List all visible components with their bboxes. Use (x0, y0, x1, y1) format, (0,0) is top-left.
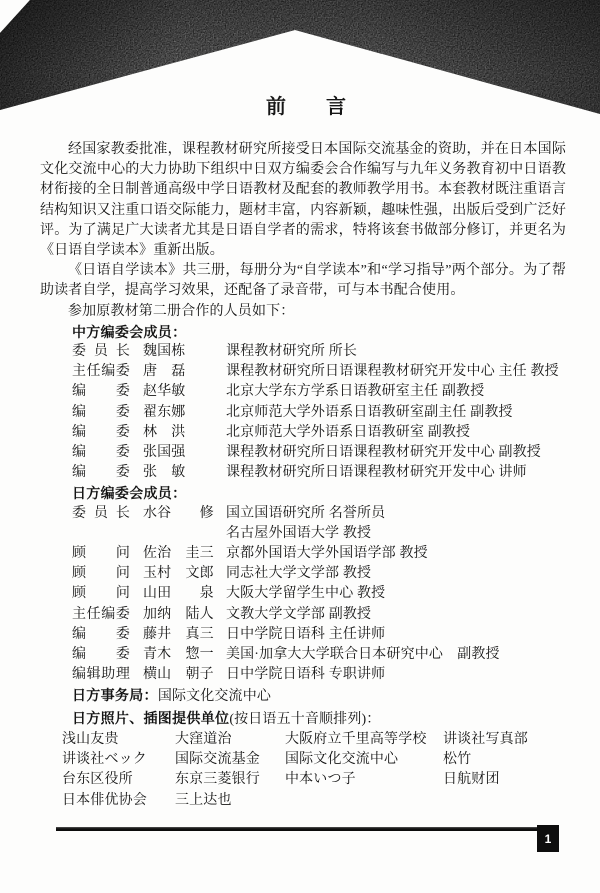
member-name: 玉村 文郎 (143, 564, 219, 584)
member-row: 顾问 山田 泉 大阪大学留学生中心 教授 (40, 584, 566, 604)
member-role: 编委 (72, 423, 130, 443)
provider-cell: 台东区役所 (62, 770, 175, 790)
footer-divider-rule (56, 827, 537, 831)
member-affiliation: 课程教材研究所 所长 (226, 342, 566, 362)
providers-heading: 日方照片、插图提供单位(按日语五十音顺排列)： (40, 708, 566, 730)
member-role: 委员长 (72, 504, 130, 524)
providers-heading-note: (按日语五十音顺排列)： (229, 712, 380, 727)
provider-cell: 日航财团 (443, 770, 566, 790)
provider-cell (443, 791, 566, 811)
provider-cell: 国际交流基金 (175, 750, 285, 770)
member-row: 编委 张 敏 课程教材研究所日语课程教材研究开发中心 讲师 (40, 463, 566, 483)
member-role: 顾问 (72, 584, 130, 604)
member-row: 主任编委 唐 磊 课程教材研究所日语课程教材研究开发中心 主任 教授 (40, 362, 566, 382)
intro-paragraph-3: 参加原教材第二册合作的人员如下： (40, 302, 566, 322)
secretariat-label: 日方事务局： (72, 687, 158, 703)
provider-cell: 中本いつ子 (285, 770, 443, 790)
secretariat-line: 日方事务局：国际文化交流中心 (40, 685, 566, 707)
provider-cell: 松竹 (443, 750, 566, 770)
member-affiliation: 名古屋外国语大学 教授 (226, 524, 566, 544)
japanese-committee-heading: 日方编委会成员： (40, 483, 566, 503)
member-affiliation: 课程教材研究所日语课程教材研究开发中心 副教授 (226, 443, 566, 463)
provider-row: 讲谈社ベック 国际交流基金 国际文化交流中心 松竹 (40, 750, 566, 770)
member-row: 编委 赵华敏 北京大学东方学系日语教研室主任 副教授 (40, 382, 566, 402)
member-affiliation: 同志社大学文学部 教授 (226, 564, 566, 584)
provider-row: 日本俳优协会 三上达也 (40, 791, 566, 811)
member-name: 横山 朝子 (143, 665, 219, 685)
member-row: 编辑助理 横山 朝子 日中学院日语科 专职讲师 (40, 665, 566, 685)
provider-cell: 国际文化交流中心 (285, 750, 443, 770)
page-title: 前 言 (6, 96, 600, 118)
provider-cell: 浅山友贵 (62, 730, 175, 750)
provider-cell: 讲谈社写真部 (443, 730, 566, 750)
provider-cell: 日本俳优协会 (62, 791, 175, 811)
member-affiliation: 北京大学东方学系日语教研室主任 副教授 (226, 382, 566, 402)
member-row: 顾问 佐治 圭三 京都外国语大学外国语学部 教授 (40, 544, 566, 564)
member-row: 编委 藤井 真三 日中学院日语科 主任讲师 (40, 625, 566, 645)
member-row: 顾问 玉村 文郎 同志社大学文学部 教授 (40, 564, 566, 584)
page-body: 经国家教委批准，课程教材研究所接受日本国际交流基金的资助，并在日本国际文化交流中… (40, 140, 566, 811)
member-affiliation: 京都外国语大学外国语学部 教授 (226, 544, 566, 564)
page-number-badge: 1 (537, 825, 559, 852)
member-affiliation: 课程教材研究所日语课程教材研究开发中心 讲师 (226, 463, 566, 483)
intro-paragraph-1: 经国家教委批准，课程教材研究所接受日本国际交流基金的资助，并在日本国际文化交流中… (40, 140, 566, 261)
member-row: 编委 张国强 课程教材研究所日语课程教材研究开发中心 副教授 (40, 443, 566, 463)
spacer (72, 524, 130, 544)
member-name: 张国强 (143, 443, 219, 463)
secretariat-value: 国际文化交流中心 (158, 689, 271, 704)
member-role: 编委 (72, 443, 130, 463)
member-role: 编委 (72, 382, 130, 402)
member-row: 委员长 魏国栋 课程教材研究所 所长 (40, 342, 566, 362)
member-role: 编委 (72, 625, 130, 645)
provider-cell: 三上达也 (175, 791, 285, 811)
provider-cell: 大阪府立千里高等学校 (285, 730, 443, 750)
member-affiliation: 日中学院日语科 专职讲师 (226, 665, 566, 685)
member-name: 林 洪 (143, 423, 219, 443)
provider-row: 台东区役所 东京三菱银行 中本いつ子 日航财团 (40, 770, 566, 790)
member-role: 编委 (72, 645, 130, 665)
spacer (143, 524, 219, 544)
member-name: 张 敏 (143, 463, 219, 483)
chinese-committee-heading: 中方编委会成员： (40, 322, 566, 342)
provider-cell: 大窪道治 (175, 730, 285, 750)
provider-row: 浅山友贵 大窪道治 大阪府立千里高等学校 讲谈社写真部 (40, 730, 566, 750)
member-name: 水谷 修 (143, 504, 219, 524)
member-name: 佐治 圭三 (143, 544, 219, 564)
member-role: 主任编委 (72, 362, 130, 382)
member-role: 顾问 (72, 564, 130, 584)
member-name: 山田 泉 (143, 584, 219, 604)
member-affiliation: 文教大学文学部 副教授 (226, 605, 566, 625)
member-name: 魏国栋 (143, 342, 219, 362)
member-name: 青木 惣一 (143, 645, 219, 665)
member-affiliation: 课程教材研究所日语课程教材研究开发中心 主任 教授 (226, 362, 566, 382)
member-role: 主任编委 (72, 605, 130, 625)
member-role: 编委 (72, 463, 130, 483)
member-role: 编委 (72, 403, 130, 423)
member-name: 赵华敏 (143, 382, 219, 402)
page-number: 1 (545, 832, 552, 846)
member-affiliation: 北京师范大学外语系日语教研室副主任 副教授 (226, 403, 566, 423)
member-affiliation: 北京师范大学外语系日语教研室 副教授 (226, 423, 566, 443)
member-row: 编委 青木 惣一 美国·加拿大大学联合日本研究中心 副教授 (40, 645, 566, 665)
member-role: 顾问 (72, 544, 130, 564)
member-row: 编委 林 洪 北京师范大学外语系日语教研室 副教授 (40, 423, 566, 443)
providers-heading-bold: 日方照片、插图提供单位 (72, 710, 229, 726)
member-row: 编委 翟东娜 北京师范大学外语系日语教研室副主任 副教授 (40, 403, 566, 423)
member-name: 藤井 真三 (143, 625, 219, 645)
scanned-book-page: { "page": { "title": "前 言", "page_number… (0, 0, 600, 893)
member-affiliation: 美国·加拿大大学联合日本研究中心 副教授 (226, 645, 566, 665)
member-row: 主任编委 加纳 陆人 文教大学文学部 副教授 (40, 605, 566, 625)
provider-cell (285, 791, 443, 811)
member-affiliation: 大阪大学留学生中心 教授 (226, 584, 566, 604)
member-name: 翟东娜 (143, 403, 219, 423)
provider-cell: 东京三菱银行 (175, 770, 285, 790)
member-name: 加纳 陆人 (143, 605, 219, 625)
member-role: 委员长 (72, 342, 130, 362)
intro-paragraph-2: 《日语自学读本》共三册，每册分为“自学读本”和“学习指导”两个部分。为了帮助读者… (40, 261, 566, 301)
provider-cell: 讲谈社ベック (62, 750, 175, 770)
member-name: 唐 磊 (143, 362, 219, 382)
member-row-continuation: 名古屋外国语大学 教授 (40, 524, 566, 544)
member-row: 委员长 水谷 修 国立国语研究所 名誉所员 (40, 504, 566, 524)
member-affiliation: 国立国语研究所 名誉所员 (226, 504, 566, 524)
member-affiliation: 日中学院日语科 主任讲师 (226, 625, 566, 645)
member-role: 编辑助理 (72, 665, 130, 685)
